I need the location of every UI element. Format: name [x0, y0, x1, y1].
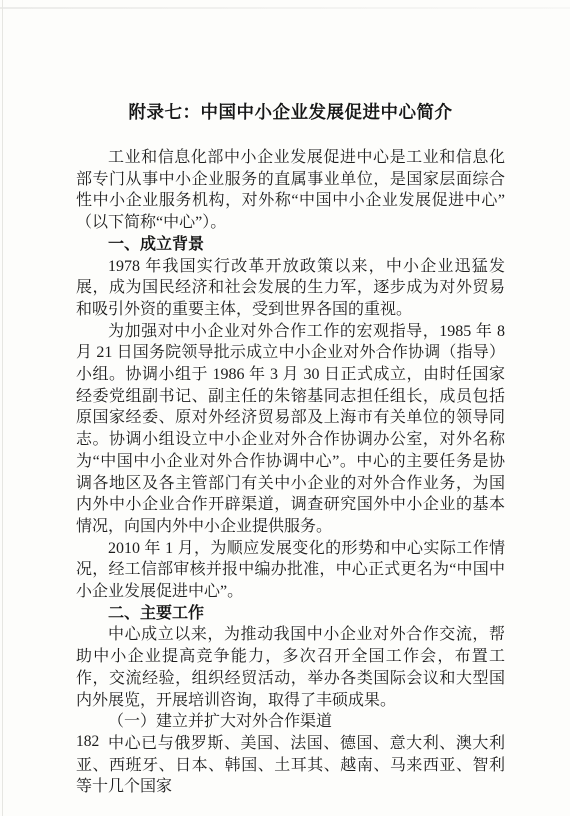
subsection-heading-cooperation-channels: （一）建立并扩大对外合作渠道: [76, 711, 505, 733]
paragraph-reform-opening: 1978 年我国实行改革开放政策以来，中小企业迅猛发展，成为国民经济和社会发展的…: [76, 256, 505, 321]
paragraph-partner-countries: 中心已与俄罗斯、美国、法国、德国、意大利、澳大利亚、西班牙、日本、韩国、土耳其、…: [76, 733, 505, 798]
paragraph-coordination-group: 为加强对中小企业对外合作工作的宏观指导，1985 年 8 月 21 日国务院领导…: [76, 321, 505, 538]
page-number: 182: [76, 733, 99, 751]
scan-artifact-left-line: [2, 0, 3, 816]
section-heading-founding-background: 一、成立背景: [76, 234, 505, 256]
intro-paragraph: 工业和信息化部中小企业发展促进中心是工业和信息化部专门从事中小企业服务的直属事业…: [76, 147, 505, 234]
document-body: 工业和信息化部中小企业发展促进中心是工业和信息化部专门从事中小企业服务的直属事业…: [76, 147, 505, 798]
appendix-title: 附录七：中国中小企业发展促进中心简介: [76, 99, 505, 124]
section-heading-main-work: 二、主要工作: [76, 603, 505, 625]
scan-artifact-top-streak: [0, 7, 570, 9]
paragraph-rename-2010: 2010 年 1 月，为顺应发展变化的形势和中心实际工作情况，经工信部审核并报中…: [76, 538, 505, 603]
paragraph-achievements: 中心成立以来，为推动我国中小企业对外合作交流，帮助中小企业提高竞争能力，多次召开…: [76, 624, 505, 711]
scanned-document-page: 附录七：中国中小企业发展促进中心简介 工业和信息化部中小企业发展促进中心是工业和…: [0, 0, 570, 816]
